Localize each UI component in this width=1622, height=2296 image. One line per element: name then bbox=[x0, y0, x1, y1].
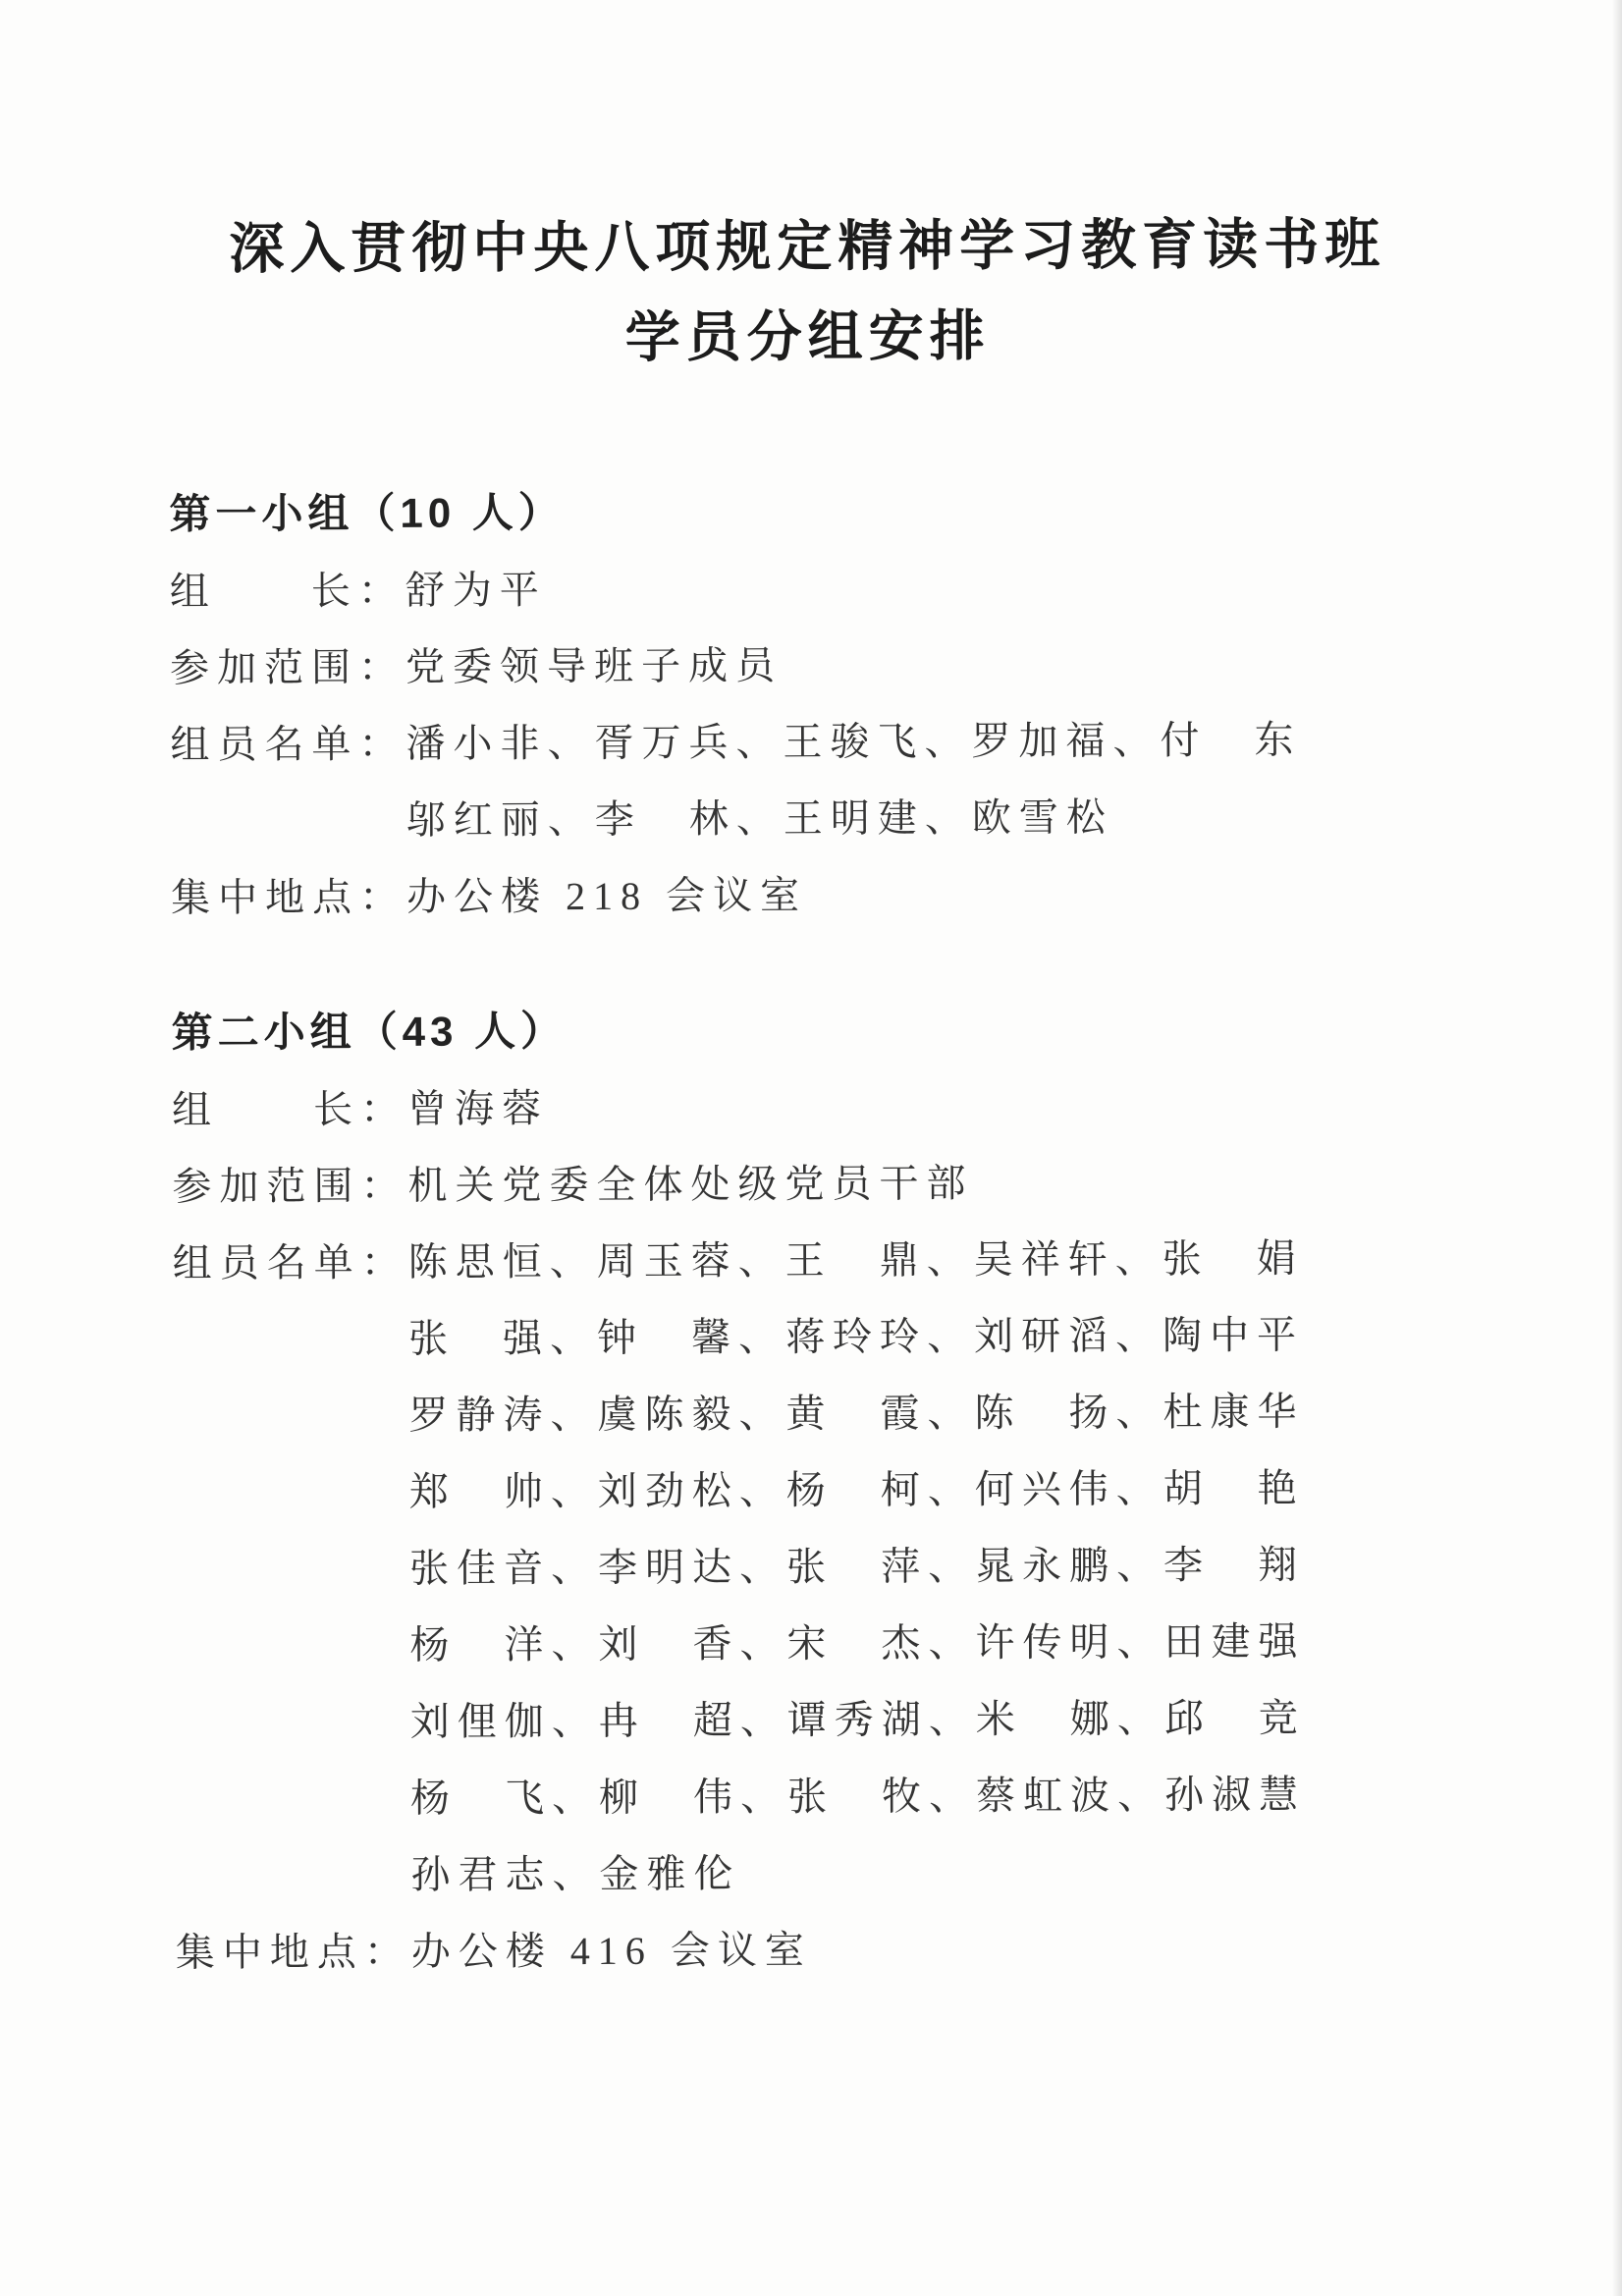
member-line: 潘小非、胥万兵、王骏飞、罗加福、付 东 bbox=[405, 701, 1448, 783]
member-line: 杨 洋、刘 香、宋 杰、许传明、田建强 bbox=[409, 1603, 1452, 1684]
group-2-members-row: 组员名单： 陈思恒、周玉蓉、王 鼎、吴祥轩、张 娟 张 强、钟 馨、蒋玲玲、刘研… bbox=[173, 1220, 1454, 1915]
member-line: 张佳音、李明达、张 萍、晁永鹏、李 翔 bbox=[409, 1526, 1452, 1608]
document-title: 深入贯彻中央八项规定精神学习教育读书班 学员分组安排 bbox=[168, 198, 1447, 385]
scanned-document-page: 深入贯彻中央八项规定精神学习教育读书班 学员分组安排 第一小组（10 人） 组 … bbox=[0, 0, 1622, 2296]
group-2-section: 第二小组（43 人） 组 长： 曾海蓉 参加范围： 机关党委全体处级党员干部 组… bbox=[172, 988, 1454, 1992]
group-1-scope-row: 参加范围： 党委领导班子成员 bbox=[170, 625, 1448, 707]
group-2-leader-row: 组 长： 曾海蓉 bbox=[172, 1066, 1450, 1149]
group-1-members-row: 组员名单： 潘小非、胥万兵、王骏飞、罗加福、付 东 邬红丽、李 林、王明建、欧雪… bbox=[170, 701, 1449, 860]
group-1-heading: 第一小组（10 人） bbox=[169, 469, 1447, 554]
group-2-location-value: 办公楼 416 会议室 bbox=[411, 1909, 1454, 1991]
group-1-leader-row: 组 长： 舒为平 bbox=[170, 548, 1448, 630]
group-1-scope-value: 党委领导班子成员 bbox=[405, 625, 1448, 706]
member-line: 郑 帅、刘劲松、杨 柯、何兴伟、胡 艳 bbox=[409, 1449, 1452, 1531]
members-label: 组员名单： bbox=[170, 706, 405, 784]
leader-label: 组 长： bbox=[170, 553, 405, 630]
group-2-scope-value: 机关党委全体处级党员干部 bbox=[407, 1143, 1450, 1225]
group-2-scope-row: 参加范围： 机关党委全体处级党员干部 bbox=[172, 1143, 1450, 1226]
members-label: 组员名单： bbox=[173, 1225, 408, 1302]
member-line: 孙君志、金雅伦 bbox=[410, 1832, 1453, 1914]
group-1-member-lines: 潘小非、胥万兵、王骏飞、罗加福、付 东 邬红丽、李 林、王明建、欧雪松 bbox=[405, 701, 1449, 859]
member-line: 罗静涛、虞陈毅、黄 霞、陈 扬、杜康华 bbox=[408, 1373, 1451, 1454]
scope-label: 参加范围： bbox=[172, 1148, 407, 1226]
title-line-1: 深入贯彻中央八项规定精神学习教育读书班 bbox=[168, 198, 1446, 295]
group-2-member-lines: 陈思恒、周玉蓉、王 鼎、吴祥轩、张 娟 张 强、钟 馨、蒋玲玲、刘研滔、陶中平 … bbox=[408, 1220, 1454, 1914]
scope-label: 参加范围： bbox=[170, 629, 405, 707]
group-2-leader-name: 曾海蓉 bbox=[407, 1066, 1450, 1148]
document-content: 深入贯彻中央八项规定精神学习教育读书班 学员分组安排 第一小组（10 人） 组 … bbox=[168, 198, 1454, 1992]
member-line: 张 强、钟 馨、蒋玲玲、刘研滔、陶中平 bbox=[408, 1296, 1451, 1378]
group-2-location-row: 集中地点： 办公楼 416 会议室 bbox=[176, 1909, 1454, 1992]
member-line: 刘俚伽、冉 超、谭秀湖、米 娜、邱 竞 bbox=[410, 1679, 1453, 1761]
leader-label: 组 长： bbox=[172, 1071, 407, 1149]
scan-edge-shadow bbox=[1612, 0, 1622, 2296]
location-label: 集中地点： bbox=[171, 859, 406, 937]
group-1-leader-name: 舒为平 bbox=[405, 548, 1448, 629]
group-1-location-value: 办公楼 218 会议室 bbox=[406, 854, 1449, 936]
location-label: 集中地点： bbox=[176, 1914, 411, 1992]
member-line: 杨 飞、柳 伟、张 牧、蔡虹波、孙淑慧 bbox=[410, 1756, 1453, 1837]
member-line: 陈思恒、周玉蓉、王 鼎、吴祥轩、张 娟 bbox=[408, 1220, 1451, 1301]
group-2-heading: 第二小组（43 人） bbox=[172, 988, 1450, 1072]
title-line-2: 学员分组安排 bbox=[168, 289, 1446, 385]
group-1-section: 第一小组（10 人） 组 长： 舒为平 参加范围： 党委领导班子成员 组员名单：… bbox=[169, 469, 1449, 937]
member-line: 邬红丽、李 林、王明建、欧雪松 bbox=[406, 778, 1449, 859]
group-1-location-row: 集中地点： 办公楼 218 会议室 bbox=[171, 854, 1449, 937]
